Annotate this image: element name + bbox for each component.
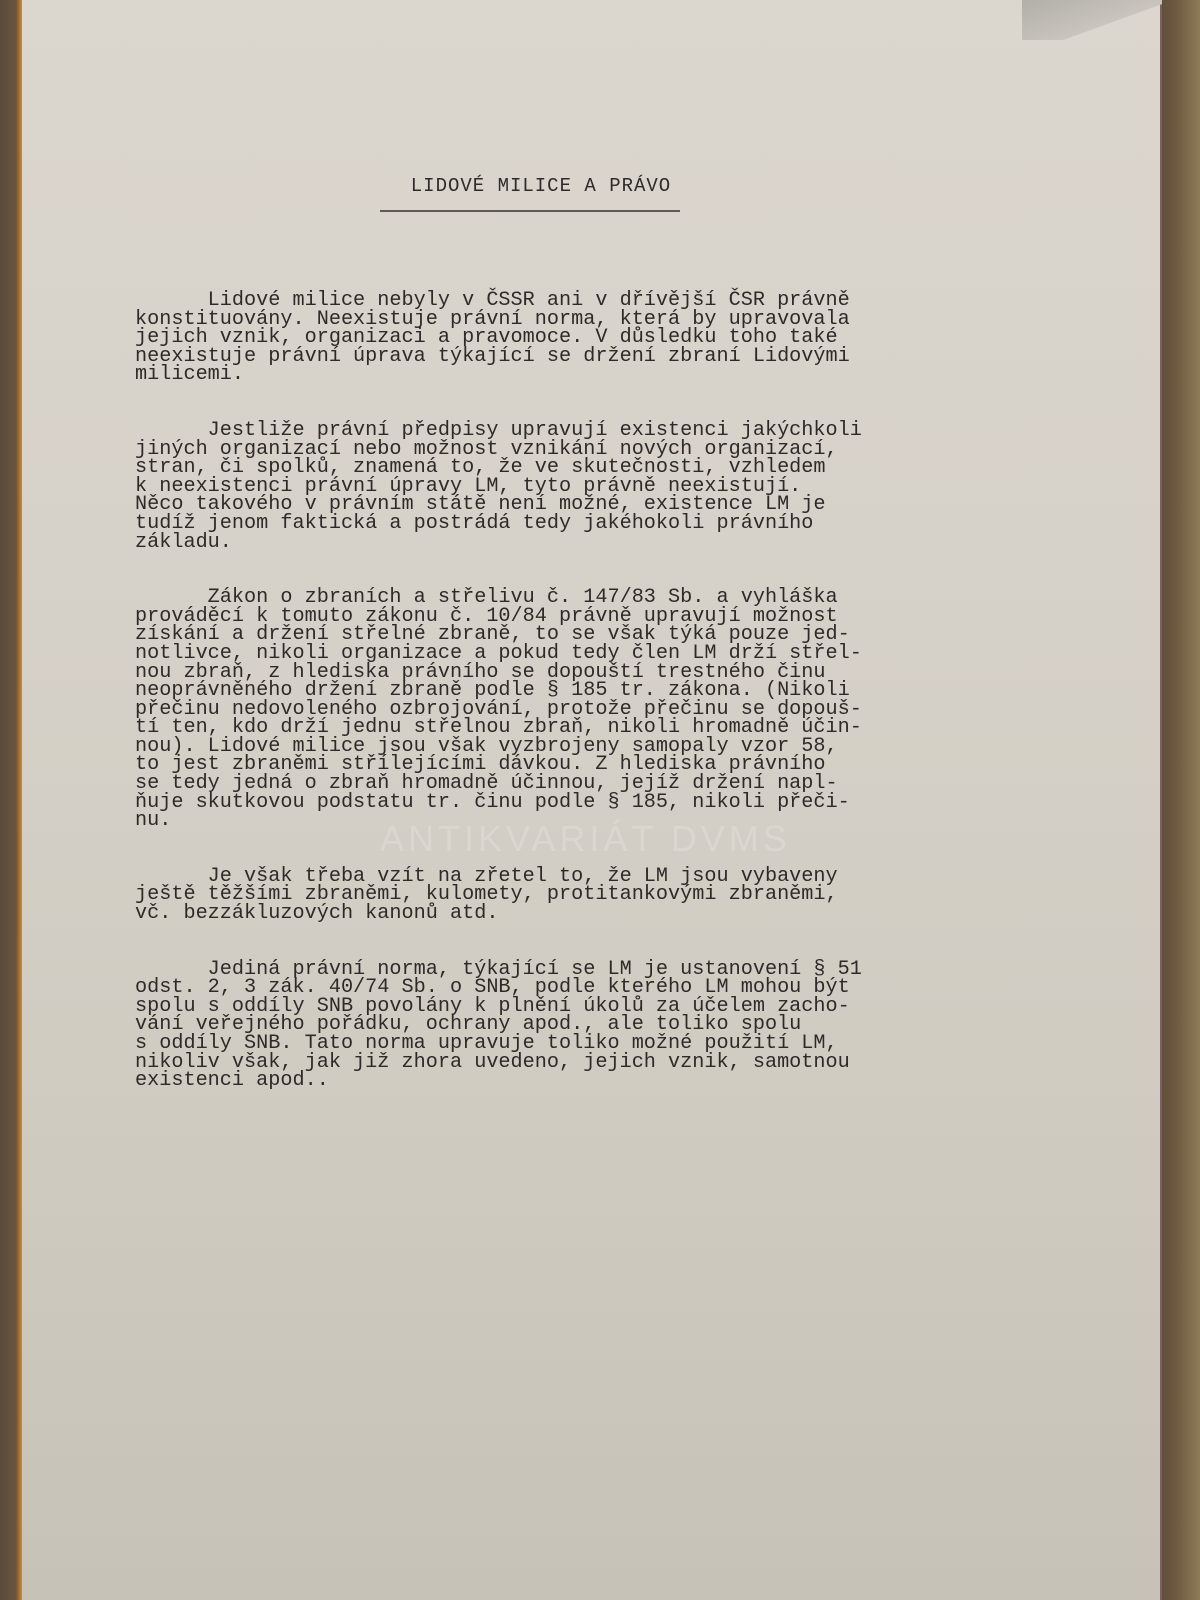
text-line: ňuje skutkovou podstatu tr. činu podle §… — [135, 794, 1005, 813]
text-line: základu. — [135, 534, 1005, 553]
paragraph: Jestliže právní předpisy upravují existe… — [135, 422, 1005, 552]
paragraph: Jediná právní norma, týkající se LM je u… — [135, 961, 1005, 1091]
text-line: existenci apod.. — [135, 1072, 1005, 1091]
document-body: Lidové milice nebyly v ČSSR ani v dřívěj… — [135, 292, 1005, 1128]
paragraph: Je však třeba vzít na zřetel to, že LM j… — [135, 868, 1005, 924]
title-underline — [380, 210, 680, 212]
text-line: milicemi. — [135, 366, 1005, 385]
page-fold-corner — [1022, 0, 1162, 40]
text-line: neexistuje právní úprava týkající se drž… — [135, 348, 1005, 367]
document-title: LIDOVÉ MILICE A PRÁVO — [376, 175, 706, 197]
text-line: nu. — [135, 812, 1005, 831]
text-line: tudíž jenom faktická a postrádá tedy jak… — [135, 515, 1005, 534]
paragraph: Zákon o zbraních a střelivu č. 147/83 Sb… — [135, 589, 1005, 831]
text-line: vč. bezzákluzových kanonů atd. — [135, 905, 1005, 924]
paragraph: Lidové milice nebyly v ČSSR ani v dřívěj… — [135, 292, 1005, 385]
